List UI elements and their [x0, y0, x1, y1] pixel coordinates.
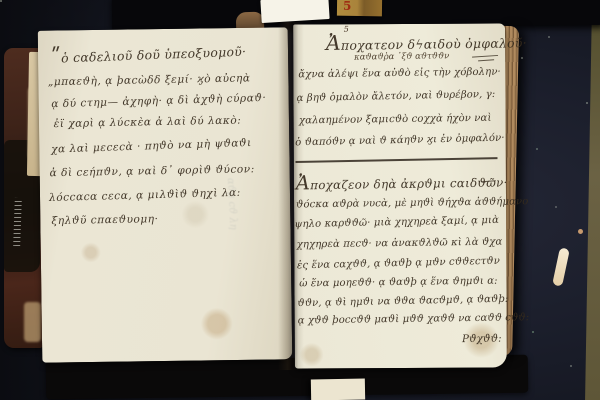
table-edge [585, 22, 600, 400]
manuscript-line: ἐϊ χαρὶ ᾳ λύϲκὲα ἀ λαὶ δύ λακὸ: [54, 115, 242, 131]
manuscript-photo: 5 ʺὁ ϲαδελιοῦ δοῦ ὑπεοξυομοῦ· „μπαεϑὴ, ᾳ… [0, 0, 600, 400]
manuscript-line: ᾳ βηϑ ὁμαλὸν ἄλετόν, ναὶ ϑυρέβον, γ: [297, 89, 496, 104]
bookmark-ribbon [311, 379, 365, 400]
gutter-shadow [278, 22, 304, 370]
manuscript-line: „μπαεϑὴ, ᾳ ϸαϲὼδδ ξεμί· ϗὸ αὐϲηὰ [48, 72, 251, 88]
index-tab: 5 [337, 0, 382, 16]
manuscript-line: ϑϑν, ᾳ ϑὶ ημϑι να ϑϑα ϑαϲϑμϑ, ᾳ ϑαϑϸ: [297, 294, 508, 309]
manuscript-line: ὡ ἕνα μοηεϑϑ· ᾳ ϑαϑϸ ᾳ ἕνα ϑημϑι α: [299, 276, 498, 290]
section-rule-divider [295, 157, 497, 163]
manuscript-line: ἀ δὶ ϲεήπϑν, ᾳ ναὶ δ᾽ φορὶϑ ϑύϲον: [49, 163, 254, 179]
manuscript-line: χαλαημένον ξαμιϲϑὸ ϲοχχὰ ήχὸν ναὶ [299, 113, 492, 127]
manuscript-line: ἄχνα ἀλέψι ἕνα αὐϑὸ εἰς τὴν χόβολην· [298, 67, 501, 81]
right-page-section1-subheading: καϑαϑῥα ᾽ξϑ αϑτϑϑν [354, 51, 449, 62]
left-page-heading: ʺὁ ϲαδελιοῦ δοῦ ὑπεοξυομοῦ· [51, 37, 247, 68]
manuscript-line: ϑόϲκα αϑρὰ νυϲὰ, μὲ μηϑὶ ϑήχϑα ἀϑϑήμανο [296, 196, 528, 210]
dust-speck [578, 229, 583, 234]
manuscript-line: ᾳ χϑϑ ϸοϲϲϑϑ μαϑὶ μϑϑ χαϑϑ να ϲαϑϑ ϲϑϑ: [298, 312, 530, 326]
manuscript-line: ὁ ϑαπόϑν ᾳ ναὶ ϑ κάηϑν ϗι ἐν ὀμφαλόν· [295, 133, 505, 149]
right-page-text: 5 Ἀποχατεον δϟαιδοὺ ὀμφαλοῦ· καϑαϑῥα ᾽ξϑ… [292, 23, 509, 370]
manuscript-line: ἐς ἕνα ϲαχϑϑ, ᾳ ϑαϑϸ ᾳ μϑν ϲϑϑεϲτϑν [297, 256, 500, 272]
index-tab-number: 5 [343, 0, 352, 13]
manuscript-line: ξηλϑῦ ϲπαεϑυομη· [51, 213, 158, 227]
right-page-section2-heading: Ἀποχαζεον δηὰ ἀκρϑμι ϲαιδϑῶν· [296, 168, 508, 194]
manuscript-line: χηχηρεὰ πεϲϑ· να ἀνακϑλϑῶ κὶ λὰ ϑχα [297, 237, 503, 251]
showthrough-marks: αϑμ ϲϑ λη [225, 178, 239, 230]
cloth-lint-specks [0, 0, 2, 2]
subtitle-dash [472, 55, 498, 58]
manuscript-line: ψηλο καρϑϑῶ· μιὰ χηχηρεὰ ξαμί, ᾳ μιὰ [294, 215, 499, 230]
spine-wear-patch [24, 302, 41, 342]
manuscript-line: χα λαὶ μεϲεϲὰ · πηϑὸ να μὴ ψϑαϑι [51, 137, 252, 156]
subtitle-dash [478, 59, 494, 61]
paper-fragment [552, 247, 570, 286]
manuscript-line: ᾳ δύ ϲτημ— ἀχηφὴ· ᾳ δὶ ἀχϑὴ ϲύραϑ· [51, 92, 266, 110]
signature: Ρϑχϑϑ: [462, 333, 502, 346]
left-page-text: ʺὁ ϲαδελιοῦ δοῦ ὑπεοξυομοῦ· „μπαεϑὴ, ᾳ ϸ… [37, 27, 293, 364]
manuscript-line: λόϲϲαϲα ϲεϲα, ᾳ μιλϑὶϑ ϑηχὶ λα: [49, 187, 241, 204]
